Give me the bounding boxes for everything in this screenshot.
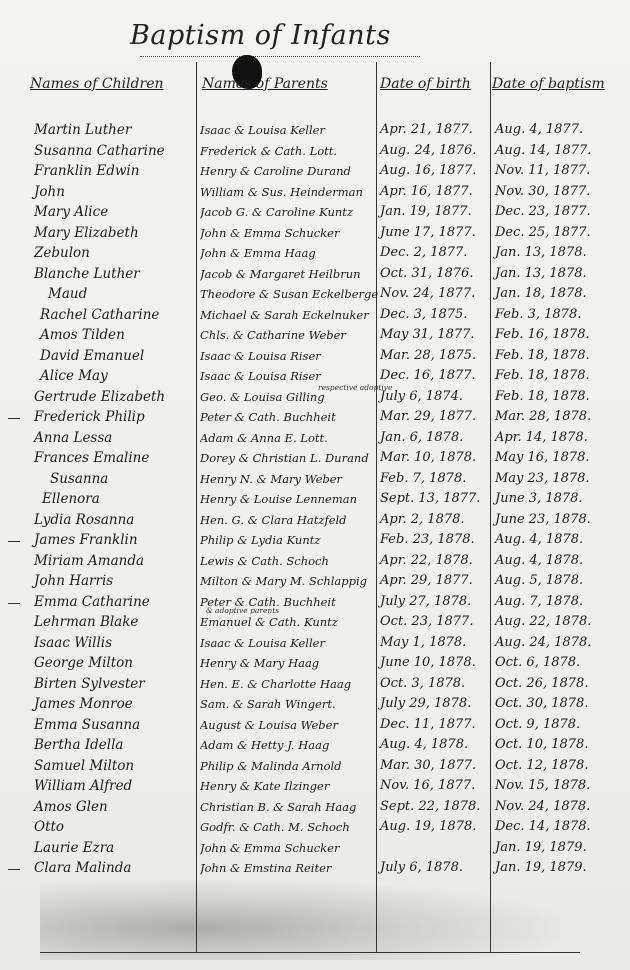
parent-names: Henry & Mary Haag: [200, 653, 378, 673]
birth-date: Dec. 16, 1877.: [380, 366, 490, 386]
parent-names: Frederick & Cath. Lott.: [200, 141, 378, 161]
birth-date: Sept. 13, 1877.: [380, 489, 490, 509]
parent-names: Henry & Kate Ilzinger: [200, 776, 378, 796]
birth-date: Mar. 10, 1878.: [380, 448, 490, 468]
baptism-date: Feb. 18, 1878.: [495, 346, 605, 366]
table-row: Anna LessaAdam & Anna E. Lott.Jan. 6, 18…: [0, 428, 630, 449]
child-name: Samuel Milton: [34, 756, 194, 776]
child-name: John Harris: [34, 571, 194, 591]
child-name: John: [34, 182, 194, 202]
table-row: William AlfredHenry & Kate IlzingerNov. …: [0, 776, 630, 797]
parent-names: Milton & Mary M. Schlappig: [200, 571, 378, 591]
birth-date: July 6, 1874.: [380, 387, 490, 407]
baptism-date: Oct. 6, 1878.: [495, 653, 605, 673]
table-row: EllenoraHenry & Louise LennemanSept. 13,…: [0, 489, 630, 510]
birth-date: Aug. 16, 1877.: [380, 161, 490, 181]
parent-names: Michael & Sarah Eckelnuker: [200, 305, 378, 325]
parent-names: August & Louisa Weber: [200, 715, 378, 735]
child-name: Emma Susanna: [34, 715, 194, 735]
birth-date: Oct. 3, 1878.: [380, 674, 490, 694]
birth-date: Dec. 2, 1877.: [380, 243, 490, 263]
parent-names: Jacob G. & Caroline Kuntz: [200, 202, 378, 222]
parent-names: John & Emma Schucker: [200, 838, 378, 858]
parent-names: Henry N. & Mary Weber: [200, 469, 378, 489]
child-name: Emma Catharine: [34, 592, 194, 612]
child-name: Martin Luther: [34, 120, 194, 140]
birth-date: May 1, 1878.: [380, 633, 490, 653]
birth-date: Mar. 28, 1875.: [380, 346, 490, 366]
child-name: Frederick Philip: [34, 407, 194, 427]
baptism-date: Aug. 4, 1877.: [495, 120, 605, 140]
parent-names: Peter & Cath. Buchheit: [200, 407, 378, 427]
child-name: Anna Lessa: [34, 428, 194, 448]
table-row: Amos GlenChristian B. & Sarah HaagSept. …: [0, 797, 630, 818]
birth-date: Jan. 19, 1877.: [380, 202, 490, 222]
baptism-date: Jan. 19, 1879.: [495, 838, 605, 858]
parent-names: Emanuel & Cath. Kuntz: [200, 612, 378, 632]
parent-names: Henry & Caroline Durand: [200, 161, 378, 181]
table-row: Frederick PhilipPeter & Cath. BuchheitMa…: [0, 407, 630, 428]
child-name: Isaac Willis: [34, 633, 194, 653]
birth-date: Apr. 21, 1877.: [380, 120, 490, 140]
child-name: Frances Emaline: [34, 448, 194, 468]
parent-names: Jacob & Margaret Heilbrun: [200, 264, 378, 284]
table-row: Gertrude ElizabethGeo. & Louisa GillingJ…: [0, 387, 630, 408]
table-row: Emma CatharinePeter & Cath. BuchheitJuly…: [0, 592, 630, 613]
header-birth: Date of birth: [380, 76, 471, 92]
child-name: David Emanuel: [34, 346, 200, 366]
birth-date: Mar. 30, 1877.: [380, 756, 490, 776]
baptism-date: Jan. 13, 1878.: [495, 243, 605, 263]
child-name: Gertrude Elizabeth: [34, 387, 194, 407]
child-name: Laurie Ezra: [34, 838, 194, 858]
parent-names: Sam. & Sarah Wingert.: [200, 694, 378, 714]
birth-date: July 6, 1878.: [380, 858, 490, 878]
table-row: Birten SylvesterHen. E. & Charlotte Haag…: [0, 674, 630, 695]
margin-mark: [8, 603, 20, 604]
table-row: Mary AliceJacob G. & Caroline KuntzJan. …: [0, 202, 630, 223]
margin-mark: [8, 541, 20, 542]
child-name: Maud: [34, 284, 208, 304]
table-row: David EmanuelIsaac & Louisa RiserMar. 28…: [0, 346, 630, 367]
parent-names: Philip & Malinda Arnold: [200, 756, 378, 776]
birth-date: May 31, 1877.: [380, 325, 490, 345]
child-name: Miriam Amanda: [34, 551, 194, 571]
baptism-date: Apr. 14, 1878.: [495, 428, 605, 448]
baptism-date: May 16, 1878.: [495, 448, 605, 468]
parent-names: Adam & Anna E. Lott.: [200, 428, 378, 448]
birth-date: Nov. 16, 1877.: [380, 776, 490, 796]
birth-date: Apr. 29, 1877.: [380, 571, 490, 591]
parent-names: Hen. G. & Clara Hatzfeld: [200, 510, 378, 530]
child-name: James Franklin: [34, 530, 194, 550]
birth-date: June 10, 1878.: [380, 653, 490, 673]
baptism-date: Feb. 18, 1878.: [495, 387, 605, 407]
baptism-date: Aug. 5, 1878.: [495, 571, 605, 591]
baptism-date: Jan. 18, 1878.: [495, 284, 605, 304]
baptism-date: Oct. 26, 1878.: [495, 674, 605, 694]
baptism-date: Aug. 7, 1878.: [495, 592, 605, 612]
bottom-rule: [40, 952, 580, 953]
header-parents: Names of Parents: [202, 76, 328, 92]
baptism-date: Dec. 23, 1877.: [495, 202, 605, 222]
child-name: Lydia Rosanna: [34, 510, 194, 530]
margin-mark: [8, 869, 20, 870]
register-page: Baptism of Infants Names of Children Nam…: [0, 0, 630, 970]
column-headers: Names of Children Names of Parents Date …: [0, 76, 630, 100]
birth-date: Aug. 24, 1876.: [380, 141, 490, 161]
header-baptism: Date of baptism: [492, 76, 605, 92]
table-row: Emma SusannaAugust & Louisa WeberDec. 11…: [0, 715, 630, 736]
table-row: George MiltonHenry & Mary HaagJune 10, 1…: [0, 653, 630, 674]
parent-names: Philip & Lydia Kuntz: [200, 530, 378, 550]
parent-names: Isaac & Louisa Riser: [200, 346, 378, 366]
child-name: Blanche Luther: [34, 264, 194, 284]
birth-date: Aug. 4, 1878.: [380, 735, 490, 755]
table-row: Miriam AmandaLewis & Cath. SchochApr. 22…: [0, 551, 630, 572]
parent-names: Lewis & Cath. Schoch: [200, 551, 378, 571]
birth-date: Dec. 11, 1877.: [380, 715, 490, 735]
birth-date: Apr. 2, 1878.: [380, 510, 490, 530]
baptism-date: Dec. 14, 1878.: [495, 817, 605, 837]
child-name: Birten Sylvester: [34, 674, 194, 694]
baptism-date: Jan. 13, 1878.: [495, 264, 605, 284]
table-row: ZebulonJohn & Emma HaagDec. 2, 1877.Jan.…: [0, 243, 630, 264]
child-name: Lehrman Blake: [34, 612, 194, 632]
table-row: Samuel MiltonPhilip & Malinda ArnoldMar.…: [0, 756, 630, 777]
child-name: Amos Tilden: [34, 325, 200, 345]
parent-names: Adam & Hetty J. Haag: [200, 735, 378, 755]
parent-names: Henry & Louise Lenneman: [200, 489, 378, 509]
parent-names: Dorey & Christian L. Durand: [200, 448, 378, 468]
birth-date: July 29, 1878.: [380, 694, 490, 714]
parents-annotation: & adoptive parents: [206, 606, 279, 615]
child-name: Mary Elizabeth: [34, 223, 194, 243]
table-row: Isaac WillisIsaac & Louisa KellerMay 1, …: [0, 633, 630, 654]
child-name: Susanna: [34, 469, 210, 489]
birth-date: Feb. 7, 1878.: [380, 469, 490, 489]
page-title: Baptism of Infants: [130, 20, 430, 51]
baptism-date: June 23, 1878.: [495, 510, 605, 530]
parent-names: John & Emma Schucker: [200, 223, 378, 243]
birth-date: Sept. 22, 1878.: [380, 797, 490, 817]
baptism-date: Nov. 15, 1878.: [495, 776, 605, 796]
birth-date: Nov. 24, 1877.: [380, 284, 490, 304]
baptism-date: June 3, 1878.: [495, 489, 605, 509]
baptism-date: Feb. 16, 1878.: [495, 325, 605, 345]
parent-names: Chls. & Catharine Weber: [200, 325, 378, 345]
child-name: James Monroe: [34, 694, 194, 714]
child-name: Bertha Idella: [34, 735, 194, 755]
parent-names: Hen. E. & Charlotte Haag: [200, 674, 378, 694]
baptism-date: Aug. 4, 1878.: [495, 551, 605, 571]
birth-date: Dec. 3, 1875.: [380, 305, 490, 325]
child-name: Alice May: [34, 366, 200, 386]
baptism-date: Oct. 30, 1878.: [495, 694, 605, 714]
baptism-date: Feb. 3, 1878.: [495, 305, 605, 325]
page-stain: [40, 880, 560, 960]
parent-names: Christian B. & Sarah Haag: [200, 797, 378, 817]
child-name: Clara Malinda: [34, 858, 194, 878]
baptism-date: Aug. 24, 1878.: [495, 633, 605, 653]
child-name: Susanna Catharine: [34, 141, 194, 161]
baptism-date: May 23, 1878.: [495, 469, 605, 489]
parent-names: Isaac & Louisa Keller: [200, 633, 378, 653]
table-row: James MonroeSam. & Sarah Wingert.July 29…: [0, 694, 630, 715]
birth-date: Oct. 23, 1877.: [380, 612, 490, 632]
baptism-date: Nov. 11, 1877.: [495, 161, 605, 181]
table-row: Franklin EdwinHenry & Caroline DurandAug…: [0, 161, 630, 182]
parent-names: Theodore & Susan Eckelberger: [200, 284, 378, 304]
birth-date: Apr. 16, 1877.: [380, 182, 490, 202]
baptism-date: Oct. 9, 1878.: [495, 715, 605, 735]
table-row: Blanche LutherJacob & Margaret HeilbrunO…: [0, 264, 630, 285]
table-row: Clara MalindaJohn & Emstina ReiterJuly 6…: [0, 858, 630, 879]
table-row: Susanna CatharineFrederick & Cath. Lott.…: [0, 141, 630, 162]
table-row: Alice MayIsaac & Louisa RiserDec. 16, 18…: [0, 366, 630, 387]
table-row: Laurie EzraJohn & Emma SchuckerJan. 19, …: [0, 838, 630, 859]
baptism-date: Aug. 22, 1878.: [495, 612, 605, 632]
title-underline: [140, 56, 420, 57]
table-row: SusannaHenry N. & Mary WeberFeb. 7, 1878…: [0, 469, 630, 490]
child-name: Amos Glen: [34, 797, 194, 817]
baptism-date: Jan. 19, 1879.: [495, 858, 605, 878]
table-row: Frances EmalineDorey & Christian L. Dura…: [0, 448, 630, 469]
parent-names: William & Sus. Heinderman: [200, 182, 378, 202]
baptism-date: Mar. 28, 1878.: [495, 407, 605, 427]
birth-date: June 17, 1877.: [380, 223, 490, 243]
table-row: Amos TildenChls. & Catharine WeberMay 31…: [0, 325, 630, 346]
parent-names: John & Emstina Reiter: [200, 858, 378, 878]
table-row: Bertha IdellaAdam & Hetty J. HaagAug. 4,…: [0, 735, 630, 756]
baptism-date: Feb. 18, 1878.: [495, 366, 605, 386]
birth-date: Mar. 29, 1877.: [380, 407, 490, 427]
table-row: Mary ElizabethJohn & Emma SchuckerJune 1…: [0, 223, 630, 244]
parent-names: Godfr. & Cath. M. Schoch: [200, 817, 378, 837]
parents-annotation: respective adoptive: [318, 383, 392, 392]
table-row: Lehrman BlakeEmanuel & Cath. KuntzOct. 2…: [0, 612, 630, 633]
birth-date: Feb. 23, 1878.: [380, 530, 490, 550]
birth-date: Oct. 31, 1876.: [380, 264, 490, 284]
baptism-date: Oct. 12, 1878.: [495, 756, 605, 776]
table-row: James FranklinPhilip & Lydia KuntzFeb. 2…: [0, 530, 630, 551]
child-name: Franklin Edwin: [34, 161, 194, 181]
parent-names: Isaac & Louisa Keller: [200, 120, 378, 140]
baptism-date: Aug. 4, 1878.: [495, 530, 605, 550]
table-row: OttoGodfr. & Cath. M. SchochAug. 19, 187…: [0, 817, 630, 838]
child-name: Zebulon: [34, 243, 194, 263]
table-row: Rachel CatharineMichael & Sarah Eckelnuk…: [0, 305, 630, 326]
birth-date: Aug. 19, 1878.: [380, 817, 490, 837]
table-row: Martin LutherIsaac & Louisa KellerApr. 2…: [0, 120, 630, 141]
child-name: William Alfred: [34, 776, 194, 796]
birth-date: Jan. 6, 1878.: [380, 428, 490, 448]
birth-date: July 27, 1878.: [380, 592, 490, 612]
parent-names: John & Emma Haag: [200, 243, 378, 263]
baptism-date: Nov. 30, 1877.: [495, 182, 605, 202]
baptism-date: Dec. 25, 1877.: [495, 223, 605, 243]
table-row: JohnWilliam & Sus. HeindermanApr. 16, 18…: [0, 182, 630, 203]
table-row: MaudTheodore & Susan EckelbergerNov. 24,…: [0, 284, 630, 305]
header-children: Names of Children: [30, 76, 164, 92]
child-name: Rachel Catharine: [34, 305, 200, 325]
baptism-date: Aug. 14, 1877.: [495, 141, 605, 161]
child-name: George Milton: [34, 653, 194, 673]
child-name: Ellenora: [34, 489, 202, 509]
records-list: Martin LutherIsaac & Louisa KellerApr. 2…: [0, 120, 630, 879]
margin-mark: [8, 418, 20, 419]
baptism-date: Nov. 24, 1878.: [495, 797, 605, 817]
table-row: John HarrisMilton & Mary M. SchlappigApr…: [0, 571, 630, 592]
birth-date: Apr. 22, 1878.: [380, 551, 490, 571]
table-row: Lydia RosannaHen. G. & Clara HatzfeldApr…: [0, 510, 630, 531]
child-name: Mary Alice: [34, 202, 194, 222]
baptism-date: Oct. 10, 1878.: [495, 735, 605, 755]
child-name: Otto: [34, 817, 194, 837]
